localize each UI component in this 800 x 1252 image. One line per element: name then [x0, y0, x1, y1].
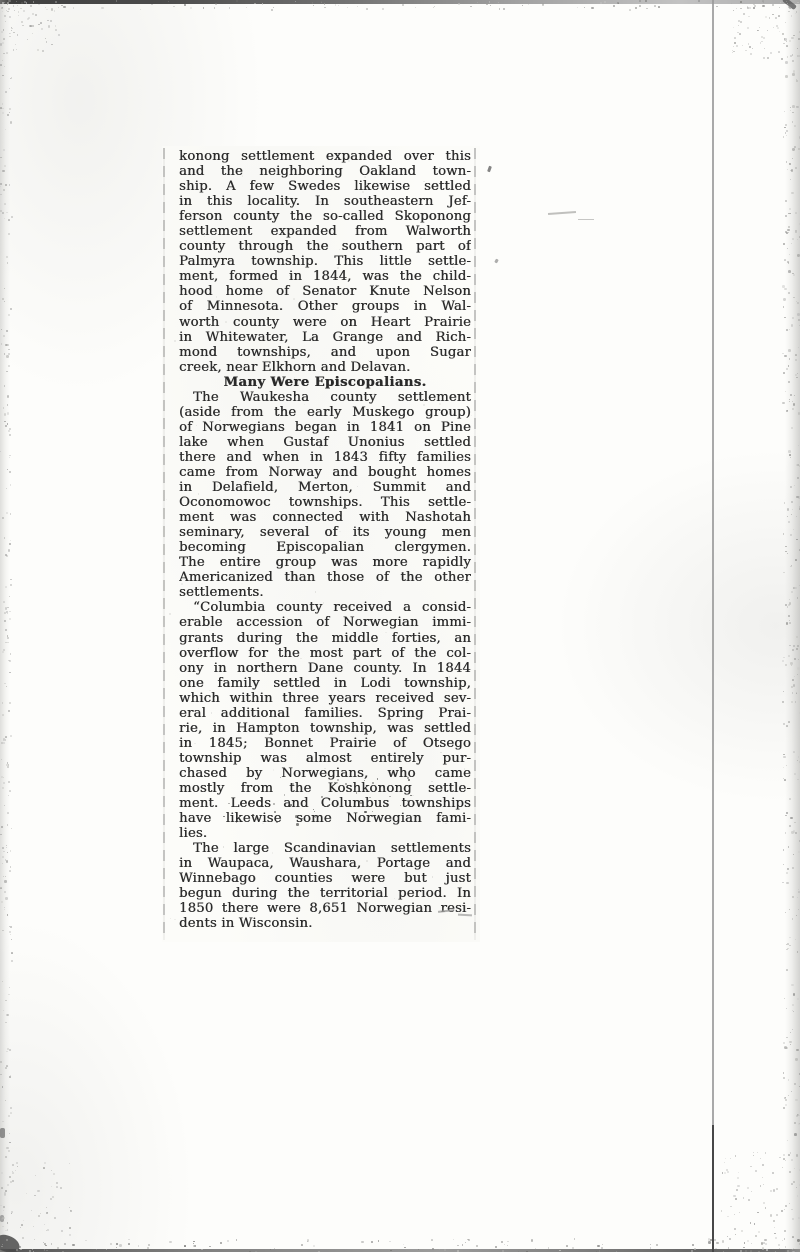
noise-speck: [792, 105, 795, 108]
noise-speck: [783, 243, 785, 245]
noise-speck: [716, 6, 718, 8]
article-line: becoming Episcopalian clergymen.: [179, 540, 471, 555]
noise-speck: [5, 21, 6, 22]
ink-smudge-dot: [290, 804, 292, 806]
noise-speck: [85, 1240, 86, 1241]
noise-speck: [740, 1, 742, 3]
noise-speck: [274, 1248, 275, 1249]
noise-speck: [52, 1196, 54, 1198]
noise-speck: [339, 531, 340, 532]
noise-speck: [789, 1203, 790, 1204]
noise-speck: [9, 611, 10, 612]
noise-speck: [750, 1222, 752, 1224]
ink-smudge-dot: [252, 814, 254, 816]
noise-speck: [8, 1150, 10, 1152]
stray-ink-tick: [494, 259, 499, 264]
noise-speck: [773, 1189, 775, 1191]
noise-speck: [7, 469, 8, 470]
noise-speck: [731, 3, 733, 5]
noise-speck: [577, 7, 578, 8]
noise-speck: [2, 702, 3, 703]
noise-speck: [794, 1083, 795, 1084]
noise-speck: [224, 879, 226, 881]
noise-speck: [458, 3, 460, 5]
noise-speck: [762, 1247, 764, 1249]
noise-speck: [358, 542, 359, 543]
noise-speck: [733, 1195, 735, 1197]
noise-speck: [751, 1191, 752, 1192]
noise-speck: [784, 111, 785, 112]
article-line: begun during the territorial period. In: [179, 886, 471, 901]
noise-speck: [210, 627, 211, 628]
ink-smudge-dot: [230, 815, 231, 816]
noise-speck: [417, 482, 418, 483]
noise-speck: [789, 602, 791, 604]
noise-speck: [10, 513, 12, 515]
noise-speck: [11, 960, 13, 962]
noise-speck: [795, 167, 797, 169]
noise-speck: [181, 583, 183, 585]
noise-speck: [294, 377, 296, 379]
noise-speck: [793, 403, 795, 405]
noise-speck: [783, 372, 785, 374]
noise-speck: [726, 1169, 728, 1171]
noise-speck: [584, 7, 585, 8]
article-line: settlement expanded from Walworth: [179, 224, 471, 239]
noise-speck: [27, 18, 29, 20]
noise-speck: [7, 812, 9, 814]
noise-speck: [402, 812, 403, 813]
noise-speck: [5, 607, 7, 609]
noise-speck: [795, 1058, 797, 1060]
noise-speck: [797, 667, 799, 669]
noise-speck: [439, 167, 441, 169]
scan-left-edge-band: [0, 0, 10, 1252]
noise-speck: [384, 684, 386, 686]
noise-speck: [10, 584, 12, 586]
noise-speck: [4, 353, 5, 354]
noise-speck: [783, 849, 784, 850]
ink-smudge-dot: [223, 816, 224, 817]
noise-speck: [335, 4, 336, 5]
noise-speck: [6, 371, 8, 373]
article-line: ment. Leeds and Columbus townships: [179, 796, 471, 811]
noise-speck: [128, 1239, 129, 1240]
ink-smudge-dot: [356, 792, 357, 793]
noise-speck: [791, 427, 792, 428]
noise-speck: [0, 210, 2, 212]
noise-speck: [791, 1159, 793, 1161]
noise-speck: [386, 355, 387, 356]
article-line: The Waukesha county settlement: [179, 390, 471, 405]
noise-speck: [798, 319, 800, 321]
noise-speck: [783, 298, 785, 300]
noise-speck: [654, 5, 656, 7]
noise-speck: [410, 337, 411, 338]
noise-speck: [753, 7, 755, 9]
noise-speck: [757, 30, 758, 31]
noise-speck: [774, 1233, 776, 1235]
noise-speck: [60, 1187, 62, 1189]
noise-speck: [184, 4, 186, 6]
article-line: in Waupaca, Waushara, Portage and: [179, 856, 471, 871]
noise-speck: [791, 665, 792, 666]
article-line: The large Scandinavian settlements: [179, 841, 471, 856]
noise-speck: [449, 676, 450, 677]
article-line: settlements.: [179, 585, 471, 600]
noise-speck: [378, 1240, 379, 1241]
noise-speck: [8, 710, 10, 712]
noise-speck: [116, 1243, 118, 1245]
article-line: came from Norway and bought homes: [179, 465, 471, 480]
noise-speck: [193, 1243, 194, 1244]
noise-speck: [4, 413, 6, 415]
noise-speck: [783, 1107, 785, 1109]
noise-speck: [3, 742, 5, 744]
noise-speck: [791, 984, 793, 986]
noise-speck: [6, 52, 8, 54]
article-line: 1850 there were 8,651 Norwegian resi-: [179, 901, 471, 916]
noise-speck: [48, 25, 50, 27]
article-line: in 1845; Bonnet Prairie of Otsego: [179, 736, 471, 751]
noise-speck: [324, 7, 326, 9]
stray-pencil-dash: [578, 219, 594, 220]
noise-speck: [490, 5, 491, 6]
ink-smudge-dot: [372, 811, 373, 812]
noise-speck: [784, 355, 786, 357]
noise-speck: [70, 1210, 72, 1212]
noise-speck: [741, 1230, 743, 1232]
noise-speck: [4, 2, 5, 3]
noise-speck: [735, 1198, 737, 1200]
noise-speck: [21, 2, 23, 4]
newspaper-clipping: konong settlement expanded over thisand …: [162, 146, 480, 942]
scanned-page-background: konong settlement expanded over thisand …: [0, 0, 800, 1252]
noise-speck: [463, 560, 464, 561]
noise-speck: [319, 201, 321, 203]
noise-speck: [390, 1250, 392, 1252]
noise-speck: [721, 1210, 722, 1211]
article-line: (aside from the early Muskego group): [179, 405, 471, 420]
noise-speck: [468, 1239, 470, 1241]
noise-speck: [2, 714, 4, 716]
noise-speck: [773, 27, 775, 29]
noise-speck: [749, 7, 751, 9]
noise-speck: [791, 192, 793, 194]
noise-speck: [639, 5, 641, 7]
noise-speck: [743, 1247, 744, 1248]
noise-speck: [12, 1180, 14, 1182]
ink-smudge-dot: [273, 803, 274, 804]
noise-speck: [404, 1247, 406, 1249]
article-line: grants during the middle forties, an: [179, 631, 471, 646]
noise-speck: [618, 3, 619, 4]
noise-speck: [254, 3, 256, 5]
article-line: ment was connected with Nashotah: [179, 510, 471, 525]
noise-speck: [46, 1212, 48, 1214]
article-line: konong settlement expanded over this: [179, 149, 471, 164]
noise-speck: [4, 1194, 6, 1196]
noise-speck: [45, 1245, 47, 1247]
article-line: The entire group was more rapidly: [179, 555, 471, 570]
noise-speck: [10, 1112, 12, 1114]
noise-speck: [1, 759, 2, 760]
article-line: “Columbia county received a consid-: [179, 600, 471, 615]
noise-speck: [4, 301, 5, 302]
noise-speck: [3, 738, 5, 740]
noise-speck: [796, 496, 798, 498]
noise-speck: [786, 622, 788, 624]
noise-speck: [762, 1164, 764, 1166]
noise-speck: [752, 48, 753, 49]
noise-speck: [784, 1046, 787, 1049]
noise-speck: [11, 828, 12, 829]
noise-speck: [54, 1217, 56, 1219]
noise-speck: [782, 1240, 783, 1241]
noise-speck: [599, 1250, 600, 1251]
noise-speck: [170, 918, 171, 919]
noise-speck: [466, 582, 468, 584]
noise-speck: [787, 868, 788, 869]
scan-right-edge-band: [785, 0, 800, 1252]
noise-speck: [783, 767, 784, 768]
noise-speck: [1, 826, 2, 827]
noise-speck: [785, 75, 788, 78]
noise-speck: [402, 4, 404, 6]
scan-vertical-line-artifact: [712, 0, 714, 1252]
noise-speck: [790, 394, 791, 395]
noise-speck: [3, 189, 5, 191]
noise-speck: [4, 421, 5, 422]
article-line: in Delafield, Merton, Summit and: [179, 480, 471, 495]
noise-speck: [374, 393, 375, 394]
noise-speck: [798, 1217, 800, 1219]
noise-speck: [220, 1242, 222, 1244]
noise-speck: [4, 288, 5, 289]
article-line: eral additional families. Spring Prai-: [179, 706, 471, 721]
noise-speck: [215, 3, 217, 5]
noise-speck: [55, 1, 57, 3]
noise-speck: [452, 267, 454, 269]
noise-speck: [0, 183, 1, 184]
noise-speck: [650, 1244, 651, 1245]
noise-speck: [40, 1213, 41, 1214]
noise-speck: [13, 32, 14, 33]
noise-speck: [9, 1076, 11, 1078]
section-heading: Many Were Episcopalians.: [179, 375, 471, 390]
noise-speck: [736, 1189, 738, 1191]
noise-speck: [732, 52, 733, 53]
noise-speck: [792, 121, 793, 122]
noise-speck: [5, 1000, 6, 1001]
noise-speck: [128, 1243, 130, 1245]
noise-speck: [453, 1239, 454, 1240]
noise-speck: [69, 1234, 70, 1235]
noise-speck: [788, 270, 791, 273]
noise-speck: [13, 5, 14, 6]
noise-speck: [21, 21, 23, 23]
ink-smudge-dot: [386, 803, 389, 806]
noise-speck: [227, 1240, 229, 1242]
noise-speck: [53, 1173, 55, 1175]
article-line: which within three years received sev-: [179, 691, 471, 706]
noise-speck: [738, 1172, 739, 1173]
noise-speck: [791, 501, 793, 503]
noise-speck: [772, 1172, 774, 1174]
noise-speck: [140, 9, 142, 11]
ink-smudge-dot: [295, 815, 298, 818]
noise-speck: [528, 4, 529, 5]
noise-speck: [138, 1245, 140, 1247]
noise-speck: [783, 1072, 784, 1073]
noise-speck: [313, 5, 314, 6]
noise-speck: [503, 8, 505, 10]
noise-speck: [18, 11, 20, 13]
noise-speck: [464, 768, 465, 769]
noise-speck: [11, 1213, 12, 1214]
article-line: rie, in Hampton township, was settled: [179, 721, 471, 736]
noise-speck: [739, 33, 741, 35]
noise-speck: [169, 613, 170, 614]
noise-speck: [69, 1207, 71, 1209]
noise-speck: [798, 851, 800, 853]
noise-speck: [789, 401, 790, 402]
noise-speck: [16, 1249, 17, 1250]
noise-speck: [743, 13, 744, 14]
noise-speck: [782, 33, 783, 34]
noise-speck: [431, 1239, 433, 1241]
noise-speck: [788, 615, 790, 617]
noise-speck: [50, 1198, 52, 1200]
noise-speck: [42, 50, 44, 52]
noise-speck: [30, 5, 32, 7]
noise-speck: [507, 1245, 508, 1246]
noise-speck: [755, 1235, 757, 1237]
noise-speck: [301, 1244, 303, 1246]
article-line: worth county were on Heart Prairie: [179, 315, 471, 330]
noise-speck: [795, 559, 797, 561]
article-line: of Norwegians began in 1841 on Pine: [179, 420, 471, 435]
noise-speck: [399, 535, 401, 537]
noise-speck: [602, 1244, 603, 1245]
noise-speck: [19, 1246, 20, 1247]
noise-speck: [785, 61, 788, 64]
noise-speck: [38, 24, 39, 25]
noise-speck: [10, 540, 11, 541]
noise-speck: [457, 1245, 459, 1247]
noise-speck: [779, 1157, 780, 1158]
noise-speck: [535, 1248, 536, 1249]
noise-speck: [197, 534, 199, 536]
noise-speck: [737, 1177, 739, 1179]
noise-speck: [9, 987, 10, 988]
stray-pencil-dash: [548, 211, 576, 215]
noise-speck: [248, 233, 250, 235]
noise-speck: [260, 400, 261, 401]
noise-speck: [789, 163, 790, 164]
noise-speck: [787, 553, 788, 554]
noise-speck: [727, 1171, 729, 1173]
ink-smudge-dot: [322, 804, 323, 805]
noise-speck: [785, 664, 787, 666]
noise-speck: [6, 256, 8, 258]
noise-speck: [173, 6, 174, 7]
noise-speck: [793, 274, 795, 276]
ink-smudge-dot: [280, 777, 281, 778]
noise-speck: [597, 1245, 599, 1247]
noise-speck: [10, 121, 12, 123]
noise-speck: [784, 317, 785, 318]
article-line: mond townships, and upon Sugar: [179, 345, 471, 360]
noise-speck: [792, 692, 793, 693]
noise-speck: [10, 653, 11, 654]
noise-speck: [793, 751, 795, 753]
noise-speck: [8, 353, 10, 355]
noise-speck: [784, 1209, 785, 1210]
noise-speck: [44, 1243, 45, 1244]
noise-speck: [362, 191, 363, 192]
noise-speck: [8, 219, 10, 221]
ink-smudge-dot: [364, 780, 365, 781]
noise-speck: [11, 77, 12, 78]
noise-speck: [740, 21, 742, 23]
noise-speck: [772, 14, 774, 16]
noise-speck: [776, 1214, 778, 1216]
noise-speck: [760, 1158, 762, 1160]
noise-speck: [357, 6, 358, 7]
noise-speck: [110, 1243, 112, 1245]
noise-speck: [35, 1175, 36, 1176]
noise-speck: [790, 1152, 791, 1153]
noise-speck: [347, 7, 348, 8]
noise-speck: [548, 1247, 549, 1248]
noise-speck: [486, 3, 488, 5]
noise-speck: [788, 349, 791, 352]
noise-speck: [790, 1032, 791, 1033]
noise-speck: [47, 20, 49, 22]
noise-speck: [797, 674, 798, 675]
noise-speck: [169, 1241, 171, 1243]
noise-speck: [20, 1227, 21, 1228]
noise-speck: [9, 790, 11, 792]
noise-speck: [769, 17, 770, 18]
noise-speck: [148, 1244, 150, 1246]
noise-speck: [5, 897, 7, 899]
noise-speck: [196, 425, 197, 426]
noise-speck: [733, 27, 735, 29]
noise-speck: [9, 931, 11, 933]
noise-speck: [794, 773, 796, 775]
noise-speck: [792, 1218, 794, 1220]
noise-speck: [312, 2, 314, 4]
noise-speck: [788, 655, 790, 657]
noise-speck: [266, 737, 267, 738]
noise-speck: [773, 1220, 775, 1222]
noise-speck: [32, 33, 33, 34]
noise-speck: [23, 10, 25, 12]
noise-speck: [736, 45, 738, 47]
noise-speck: [765, 1243, 767, 1245]
noise-speck: [792, 73, 794, 75]
noise-speck: [774, 1227, 775, 1228]
noise-speck: [779, 7, 780, 8]
scan-top-edge-artifact: [0, 0, 800, 4]
noise-speck: [361, 1241, 363, 1243]
noise-speck: [9, 471, 11, 473]
noise-speck: [772, 4, 773, 5]
noise-speck: [793, 684, 795, 686]
noise-speck: [791, 1183, 793, 1185]
